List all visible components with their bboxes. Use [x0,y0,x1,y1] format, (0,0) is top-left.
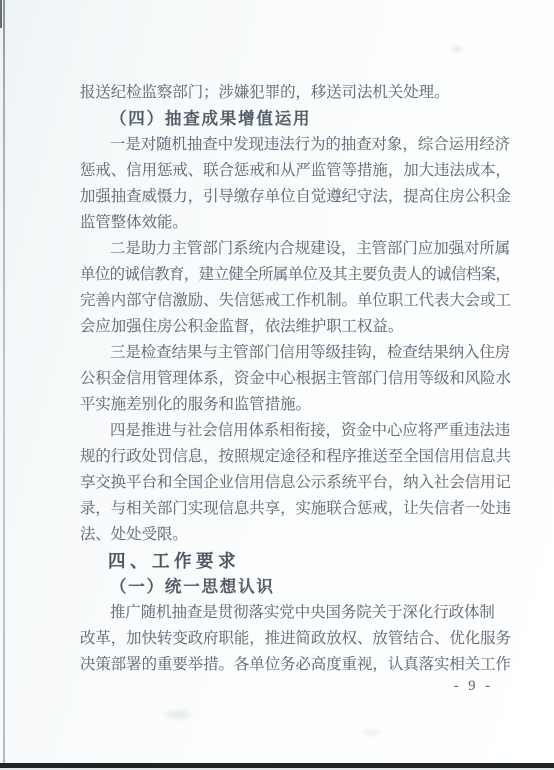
text-line: 三是检查结果与主管部门信用等级挂钩，检查结果纳入住房 [80,340,513,366]
text-line: 报送纪检监察部门；涉嫌犯罪的，移送司法机关处理。 [80,80,513,106]
scan-smudge [165,710,191,719]
scan-smudge [452,46,462,52]
scan-corner-artifact [0,0,2,28]
heading-line: （四）抽查成果增值运用 [80,106,513,132]
text-line: 加强抽查威慑力，引导缴存单位自觉遵纪守法，提高住房公积金 [80,184,513,210]
text-line: 公积金信用管理体系，资金中心根据主管部门信用等级和风险水 [80,366,513,392]
text-line: 法、处处受限。 [80,522,513,548]
text-line: 决策部署的重要举措。各单位务必高度重视，认真落实相关工作 [80,652,513,678]
text-line: 规的行政处罚信息，按照规定途径和程序推送至全国信用信息共 [80,444,513,470]
heading-line: （一）统一思想认识 [80,574,513,600]
scan-smudge [362,729,380,736]
text-line: 单位的诚信教育，建立健全所属单位及其主要负责人的诚信档案， [80,262,513,288]
text-line: 惩戒、信用惩戒、联合惩戒和从严监管等措施，加大违法成本， [80,158,513,184]
text-line: 会应加强住房公积金监督，依法维护职工权益。 [80,314,513,340]
page-number: - 9 - [80,678,493,695]
text-line: 推广随机抽查是贯彻落实党中央国务院关于深化行政体制 [80,600,513,626]
text-line: 完善内部守信激励、失信惩戒工作机制。单位职工代表大会或工 [80,288,513,314]
text-line: 监管整体效能。 [80,210,513,236]
text-line: 改革，加快转变政府职能，推进简政放权、放管结合、优化服务 [80,626,513,652]
page-left-edge [3,0,5,763]
document-body: 报送纪检监察部门；涉嫌犯罪的，移送司法机关处理。（四）抽查成果增值运用一是对随机… [80,80,513,678]
text-line: 二是助力主管部门系统内合规建设，主管部门应加强对所属 [80,236,513,262]
text-line: 一是对随机抽查中发现违法行为的抽查对象，综合运用经济 [80,132,513,158]
heading-line: 四、工作要求 [80,548,513,574]
scanned-page: 报送纪检监察部门；涉嫌犯罪的，移送司法机关处理。（四）抽查成果增值运用一是对随机… [0,0,554,770]
text-line: 四是推进与社会信用体系相衔接，资金中心应将严重违法违 [80,418,513,444]
text-line: 录，与相关部门实现信息共享，实施联合惩戒，让失信者一处违 [80,496,513,522]
text-line: 平实施差别化的服务和监管措施。 [80,392,513,418]
text-line: 享交换平台和全国企业信用信息公示系统平台，纳入社会信用记 [80,470,513,496]
